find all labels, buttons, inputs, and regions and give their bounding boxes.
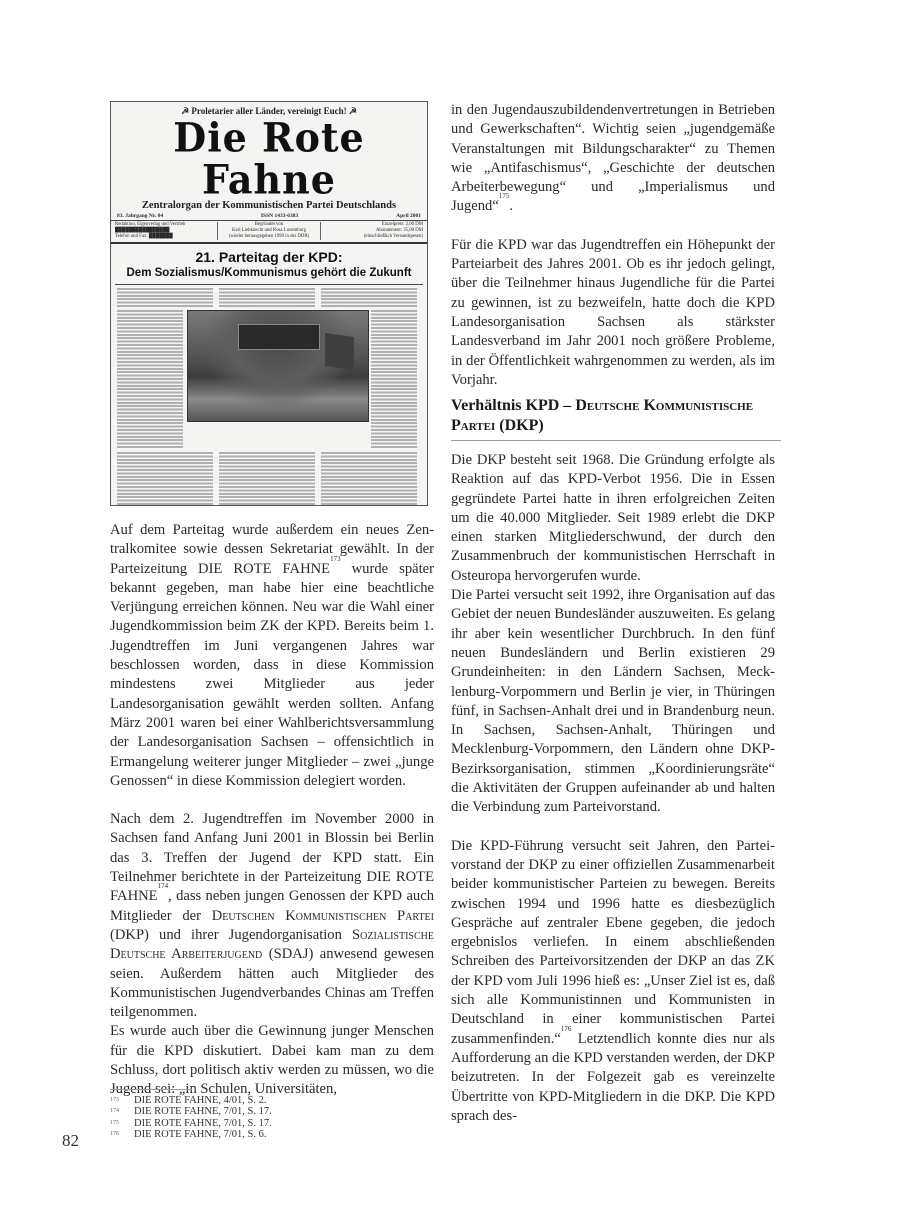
right-text-column-top: in den Jugendauszubildendenvertretungen … <box>451 101 775 390</box>
section-heading: Verhältnis KPD – Deutsche Kommunistische… <box>451 396 781 441</box>
newspaper-facsimile-image: ☭ Proletarier aller Länder, vereinigt Eu… <box>110 101 428 506</box>
footnote-text: DIE ROTE FAHNE, 7/01, S. 6. <box>134 1129 267 1140</box>
text-run: Die KPD-Führung versucht seit Jahren, de… <box>451 838 775 1047</box>
infobox-price: Einzelpreis: 2,00 DM Abonnement: 35,00 D… <box>321 222 423 240</box>
footnote-number: 175 <box>110 1118 134 1129</box>
infobox-line: (wieder herausgegeben 1990 in der DDR) <box>218 234 320 240</box>
newspaper-text-block <box>321 288 417 308</box>
newspaper-text-block <box>321 452 417 506</box>
page-number: 82 <box>62 1131 79 1151</box>
photo-banner <box>238 324 319 350</box>
newspaper-subheadline: Dem Sozialismus/Kommunismus gehört die Z… <box>111 266 427 280</box>
footnote-number: 173 <box>110 1095 134 1106</box>
left-text-column: Auf dem Parteitag wurde außerdem ein neu… <box>110 521 434 1100</box>
heading-text: (DKP) <box>495 417 543 434</box>
newspaper-issue: 83. Jahrgang Nr. 04 <box>117 213 163 219</box>
footnote-ref[interactable]: 175 <box>499 192 510 200</box>
newspaper-text-block <box>371 310 417 448</box>
newspaper-photo <box>187 310 369 422</box>
photo-flag <box>325 333 354 370</box>
footnote-ref[interactable]: 176 <box>561 1025 572 1033</box>
newspaper-text-block <box>117 310 183 448</box>
newspaper-date: April 2001 <box>396 213 421 219</box>
heading-text: Verhältnis KPD – <box>451 397 575 414</box>
newspaper-issn: ISSN 1433-6383 <box>261 213 298 219</box>
newspaper-headline-block: 21. Parteitag der KPD: Dem Sozialismus/K… <box>111 249 427 280</box>
paragraph: Die Partei versucht seit 1992, ihre Orga… <box>451 586 775 818</box>
paragraph: in den Jugendauszubildendenvertretungen … <box>451 101 775 217</box>
paragraph: Die KPD-Führung versucht seit Jahren, de… <box>451 837 775 1126</box>
footnote-number: 176 <box>110 1129 134 1140</box>
party-name-smallcaps: Deutschen Kommunisti­schen Partei <box>212 908 434 924</box>
footnote-divider <box>110 1089 192 1090</box>
newspaper-text-block <box>117 288 213 308</box>
footnote-text: DIE ROTE FAHNE, 7/01, S. 17. <box>134 1106 272 1117</box>
newspaper-text-block <box>219 452 315 506</box>
newspaper-body <box>117 288 421 506</box>
footnotes: 173DIE ROTE FAHNE, 4/01, S. 2. 174DIE RO… <box>110 1095 272 1140</box>
paragraph: Nach dem 2. Jugendtreffen im November 20… <box>110 810 434 1022</box>
newspaper-text-block <box>117 452 213 506</box>
footnote: 176DIE ROTE FAHNE, 7/01, S. 6. <box>110 1129 272 1140</box>
newspaper-divider <box>115 284 423 285</box>
newspaper-text-block <box>219 288 315 308</box>
text-run: (DKP) und ihrer Jugendorganisation <box>110 927 352 943</box>
text-run: . <box>509 198 513 214</box>
footnote: 174DIE ROTE FAHNE, 7/01, S. 17. <box>110 1106 272 1117</box>
footnote-ref[interactable]: 174 <box>158 882 169 890</box>
footnote-ref[interactable]: 173 <box>330 555 341 563</box>
newspaper-headline: 21. Parteitag der KPD: <box>111 249 427 266</box>
paragraph: Die DKP besteht seit 1968. Die Gründung … <box>451 451 775 586</box>
infobox-line: (einschließlich Versandspesen) <box>321 234 423 240</box>
newspaper-title: Die Rote Fahne <box>111 117 427 201</box>
newspaper-infobox: Redaktion, Eigenverlag und Vertrieb ████… <box>111 221 427 244</box>
footnote: 175DIE ROTE FAHNE, 7/01, S. 17. <box>110 1118 272 1129</box>
footnote: 173DIE ROTE FAHNE, 4/01, S. 2. <box>110 1095 272 1106</box>
text-run: wurde spä­ter bekannt gegeben, man habe … <box>110 561 434 789</box>
infobox-publisher: Redaktion, Eigenverlag und Vertrieb ████… <box>115 222 217 240</box>
footnote-number: 174 <box>110 1106 134 1117</box>
paragraph: Für die KPD war das Jugendtreffen ein Hö… <box>451 236 775 390</box>
paragraph: Auf dem Parteitag wurde außerdem ein neu… <box>110 521 434 791</box>
right-text-column-body: Die DKP besteht seit 1968. Die Gründung … <box>451 451 775 1126</box>
footnote-text: DIE ROTE FAHNE, 4/01, S. 2. <box>134 1095 267 1106</box>
infobox-line: Telefon und Fax: ███████ <box>115 234 217 240</box>
newspaper-meta: 83. Jahrgang Nr. 04 ISSN 1433-6383 April… <box>111 211 427 221</box>
infobox-founders: Begründet von Karl Liebknecht und Rosa L… <box>217 222 321 240</box>
footnote-text: DIE ROTE FAHNE, 7/01, S. 17. <box>134 1118 272 1129</box>
